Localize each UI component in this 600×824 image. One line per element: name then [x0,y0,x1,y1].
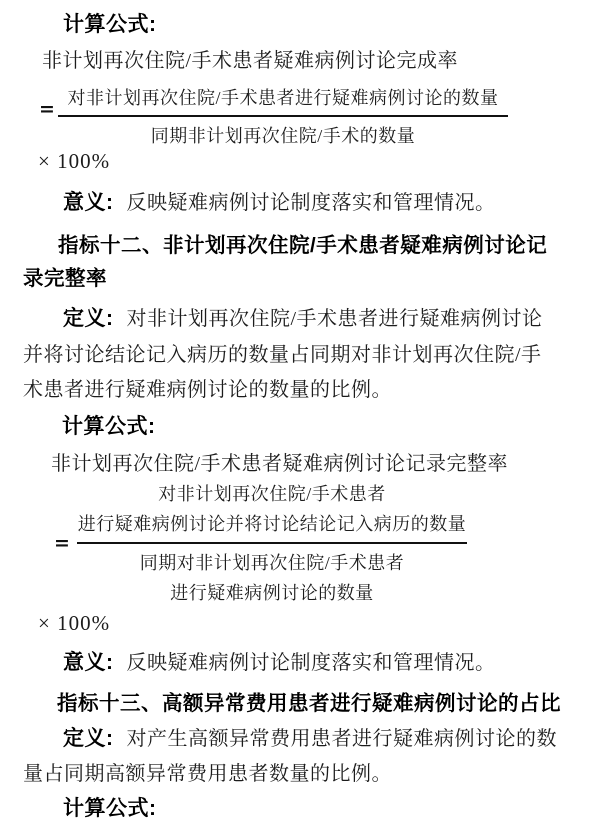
formula2-multiplier: × 100% [38,611,110,636]
indicator12-heading-line1: 指标十二、非计划再次住院/手术患者疑难病例讨论记 [58,228,547,258]
calc-formula-label-3: 计算公式: [63,792,157,822]
formula2-title: 非计划再次住院/手术患者疑难病例讨论记录完整率 [51,447,508,476]
meaning2-text: 反映疑难病例讨论制度落实和管理情况。 [127,652,496,674]
meaning2-line: 意义:反映疑难病例讨论制度落实和管理情况。 [63,646,496,676]
formula2-equals-sign: = [54,532,70,554]
formula1-multiplier: × 100% [38,149,110,174]
indicator13-definition-text1: 对产生高额异常费用患者进行疑难病例讨论的数 [127,728,558,750]
formula2-denominator-line2: 进行疑难病例讨论的数量 [77,578,467,608]
indicator13-definition-line2: 量占同期高额异常费用患者数量的比例。 [23,757,392,786]
formula1-title: 非计划再次住院/手术患者疑难病例讨论完成率 [42,44,458,73]
indicator13-definition-line1: 定义:对产生高额异常费用患者进行疑难病例讨论的数 [63,722,557,752]
document-page: 计算公式: 非计划再次住院/手术患者疑难病例讨论完成率 = 对非计划再次住院/手… [0,0,600,824]
calc-formula-label-2: 计算公式: [62,410,156,440]
indicator13-heading: 指标十三、高额异常费用患者进行疑难病例讨论的占比 [57,686,561,716]
meaning2-label: 意义: [63,651,114,674]
indicator12-definition-line3: 术患者进行疑难病例讨论的数量的比例。 [23,373,392,402]
meaning1-text: 反映疑难病例讨论制度落实和管理情况。 [127,192,496,214]
indicator12-definition-text1: 对非计划再次住院/手术患者进行疑难病例讨论 [127,308,543,330]
indicator12-heading-line2: 录完整率 [23,261,107,291]
formula2-numerator-line1: 对非计划再次住院/手术患者 [77,479,467,509]
indicator12-definition-line1: 定义:对非计划再次住院/手术患者进行疑难病例讨论 [63,302,543,332]
formula1-numerator: 对非计划再次住院/手术患者进行疑难病例讨论的数量 [58,84,508,117]
formula2-fraction: 对非计划再次住院/手术患者 进行疑难病例讨论并将讨论结论记入病历的数量 同期对非… [77,479,467,608]
formula2-numerator: 对非计划再次住院/手术患者 进行疑难病例讨论并将讨论结论记入病历的数量 [77,479,467,544]
formula1-denominator: 同期非计划再次住院/手术的数量 [58,117,508,148]
meaning1-line: 意义:反映疑难病例讨论制度落实和管理情况。 [63,186,496,216]
formula2-denominator: 同期对非计划再次住院/手术患者 进行疑难病例讨论的数量 [77,544,467,608]
formula2-denominator-line1: 同期对非计划再次住院/手术患者 [77,548,467,578]
indicator12-definition-label: 定义: [63,307,114,330]
calc-formula-label-1: 计算公式: [63,8,157,38]
indicator13-definition-label: 定义: [63,727,114,750]
formula1-equals-sign: = [39,98,55,120]
indicator12-definition-line2: 并将讨论结论记入病历的数量占同期对非计划再次住院/手 [23,338,542,367]
formula1-fraction: 对非计划再次住院/手术患者进行疑难病例讨论的数量 同期非计划再次住院/手术的数量 [58,84,508,148]
meaning1-label: 意义: [63,191,114,214]
formula2-numerator-line2: 进行疑难病例讨论并将讨论结论记入病历的数量 [77,509,467,539]
